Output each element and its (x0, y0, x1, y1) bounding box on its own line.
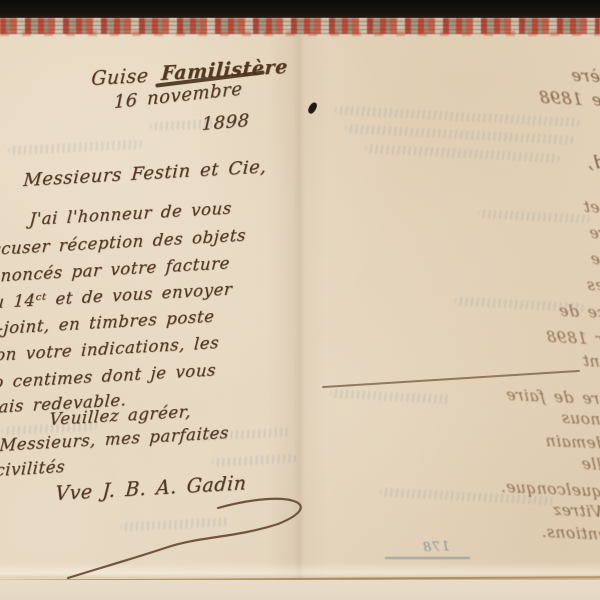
letter-salutation: Messieurs Festin et Cie, (23, 156, 268, 191)
signature-flourish (60, 486, 330, 596)
ghost-writing (8, 139, 143, 155)
mirrored-lower-line: la suite de mes intentions. (540, 523, 600, 552)
mirrored-body-line: et de vous adresser, par ce (590, 250, 600, 279)
mirrored-body-line: prochaine quittance de (558, 302, 600, 329)
letter-body-line: o centimes dont je vous (0, 361, 217, 393)
mirrored-body-line: Maison Butin, négociant (582, 352, 600, 380)
ghost-writing (345, 124, 575, 145)
mirrored-body-line: premier courrier, suivant les (586, 276, 600, 305)
ghost-writing (330, 389, 450, 404)
mirrored-lower-line: J'espère de faire (505, 386, 600, 411)
letter-body-line: -joint, en timbres poste (0, 307, 215, 338)
letter-year: 1898 (201, 110, 250, 135)
mirrored-rule-line (322, 370, 580, 388)
letterbook-scan: Guise Familistère 16 novembre 1898 Messi… (0, 0, 600, 600)
mirrored-folio-number: 178 (422, 540, 450, 556)
ghost-writing (335, 106, 580, 128)
ghost-writing (478, 209, 590, 224)
mirrored-date: 17 novembre 1898 (538, 88, 600, 115)
faint-underline (385, 557, 470, 559)
mirrored-body-line: confiance que cette lettre (588, 224, 600, 252)
mirrored-place: Guise Familistère (570, 66, 600, 92)
binding-black-band (0, 0, 600, 18)
ghost-writing (365, 144, 560, 163)
letter-body-line: J'ai l'honneur de vous (29, 199, 233, 229)
letter-closing-line: civilités (0, 457, 66, 480)
letter-body-line: lon votre indications, les (0, 333, 220, 365)
mirrored-lower-line: qu'elle y restera la nouvelle (580, 455, 600, 484)
letter-place: Guise (91, 65, 150, 90)
mirrored-salutation: Monsieur Chartraud, (586, 152, 600, 182)
